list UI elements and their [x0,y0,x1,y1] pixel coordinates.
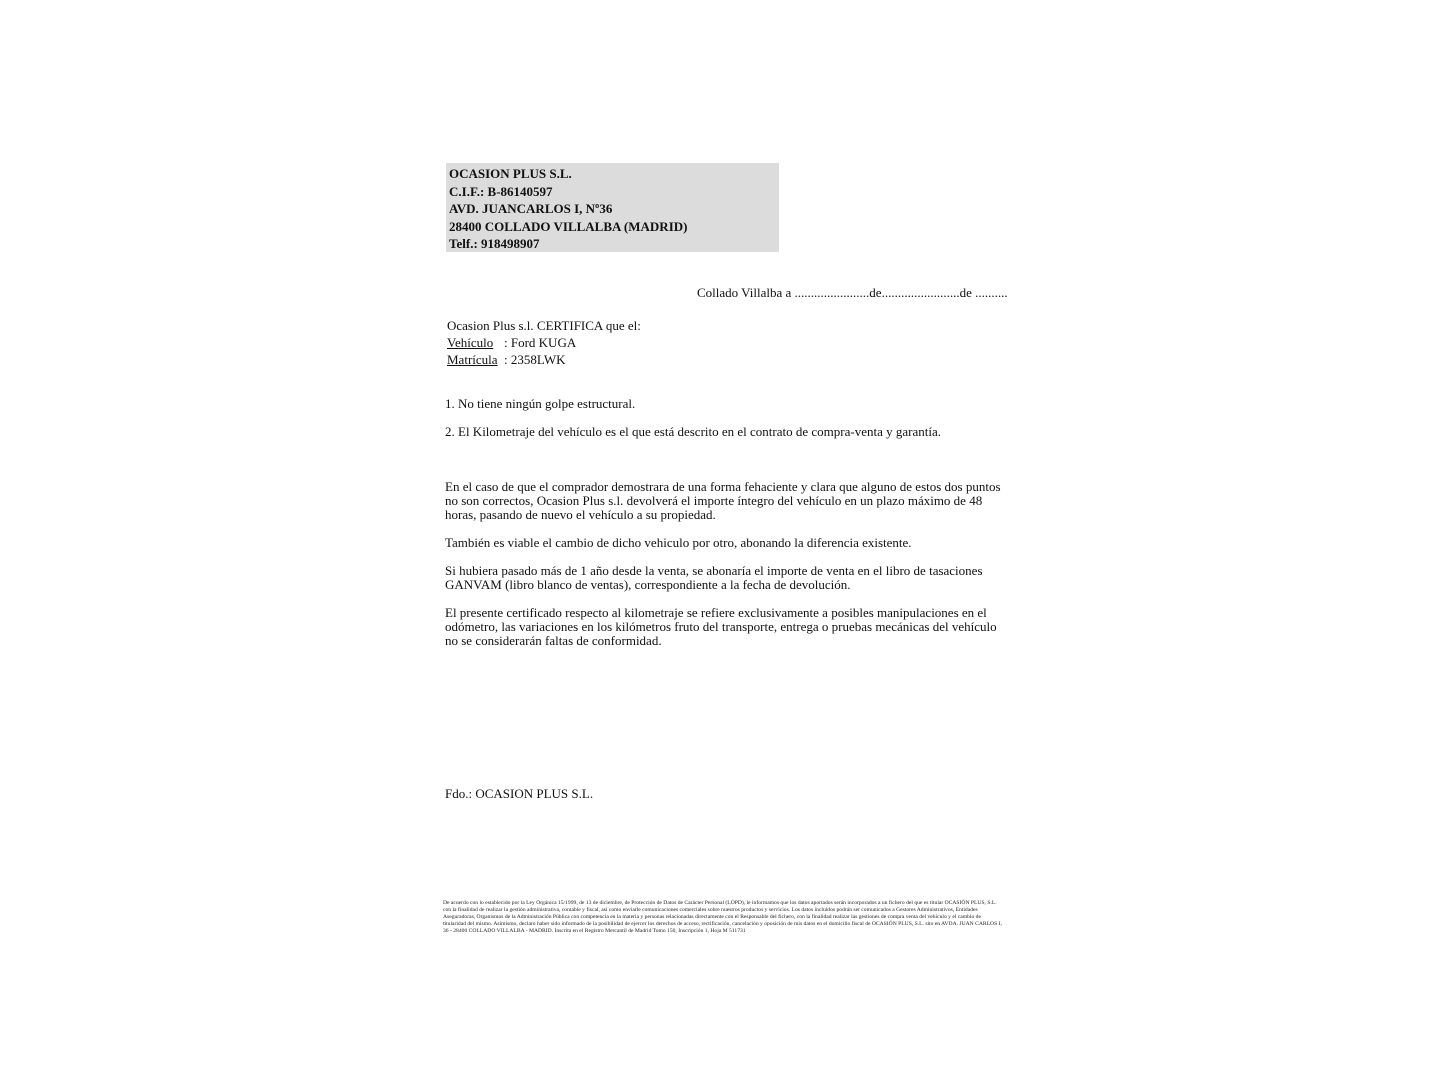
date-line: Collado Villalba a .....................… [697,285,1008,301]
company-header-box: OCASION PLUS S.L. C.I.F.: B-86140597 AVD… [446,163,779,252]
point-2: 2. El Kilometraje del vehículo es el que… [445,424,941,440]
company-cif: C.I.F.: B-86140597 [449,183,779,201]
company-name: OCASION PLUS S.L. [449,165,779,183]
certificate-document: OCASION PLUS S.L. C.I.F.: B-86140597 AVD… [0,0,1440,1080]
paragraph-refund: En el caso de que el comprador demostrar… [445,480,1005,522]
company-address: AVD. JUANCARLOS I, Nº36 [449,200,779,218]
vehicle-row: Vehículo : Ford KUGA [447,334,641,351]
paragraph-ganvam: Si hubiera pasado más de 1 año desde la … [445,564,1005,592]
signature-line: Fdo.: OCASION PLUS S.L. [445,786,593,802]
company-city: 28400 COLLADO VILLALBA (MADRID) [449,218,779,236]
vehicle-label: Vehículo [447,334,504,351]
company-phone: Telf.: 918498907 [449,235,779,253]
vehicle-value: : Ford KUGA [504,334,576,351]
paragraph-odometer: El presente certificado respecto al kilo… [445,606,1005,648]
certification-block: Ocasion Plus s.l. CERTIFICA que el: Vehí… [447,317,641,368]
legal-notice: De acuerdo con lo establecido por la Ley… [443,900,1005,935]
plate-label: Matrícula [447,351,504,368]
point-1: 1. No tiene ningún golpe estructural. [445,396,635,412]
plate-row: Matrícula : 2358LWK [447,351,641,368]
paragraph-exchange: También es viable el cambio de dicho veh… [445,536,1005,550]
certification-intro: Ocasion Plus s.l. CERTIFICA que el: [447,317,641,334]
plate-value: : 2358LWK [504,351,566,368]
